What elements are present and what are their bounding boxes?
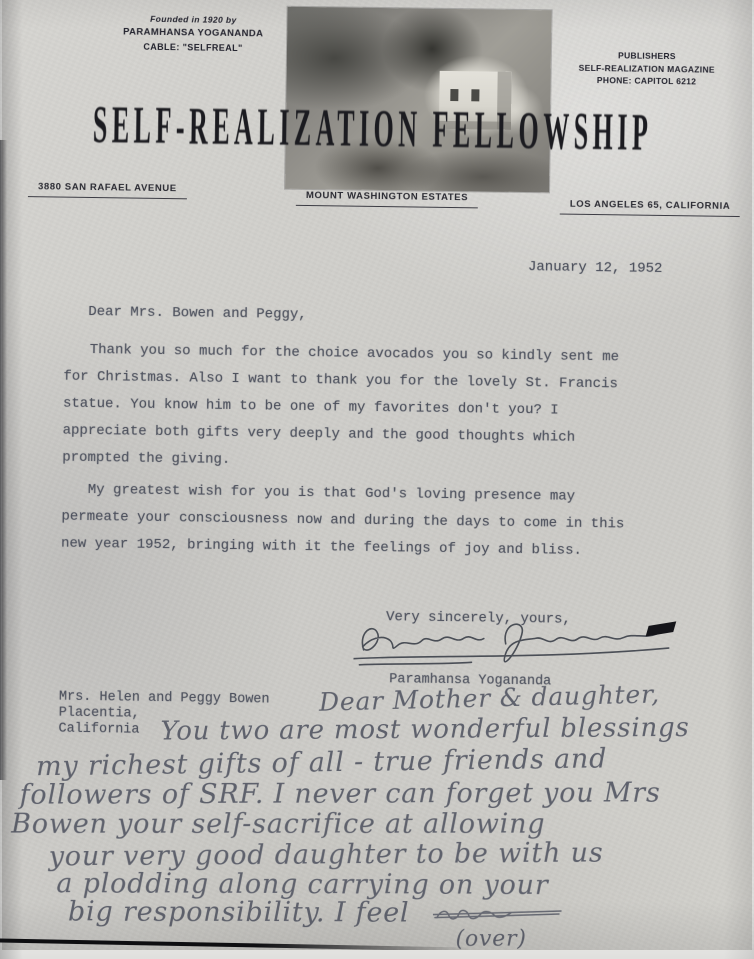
handwritten-line: followers of SRF. I never can forget you… <box>20 777 661 810</box>
paragraph-1: Thank you so much for the choice avocado… <box>62 337 619 480</box>
letter-date: January 12, 1952 <box>528 254 663 283</box>
scan-tilt-layer: Founded in 1920 by PARAMHANSA YOGANANDA … <box>0 0 754 959</box>
organization-title: SELF-REALIZATION FELLOWSHIP <box>92 95 652 164</box>
signature-handwritten <box>353 612 684 687</box>
handwritten-line: big responsibility. I feel <box>68 896 563 929</box>
address-street: 3880 SAN RAFAEL AVENUE <box>28 181 187 199</box>
handwritten-line: Dear Mother & daughter, <box>319 679 660 716</box>
cable-line: CABLE: "SELFREAL" <box>98 39 288 56</box>
phone-line: PHONE: CAPITOL 6212 <box>542 73 752 88</box>
founder-name: PARAMHANSA YOGANANDA <box>98 25 288 42</box>
handwritten-line: You two are most wonderful blessings <box>160 713 689 747</box>
address-city: LOS ANGELES 65, CALIFORNIA <box>560 199 741 218</box>
handwritten-line: Bowen your self-sacrifice at allowing <box>11 809 545 840</box>
signature-flourish <box>353 612 684 687</box>
paragraph-2: My greatest wish for you is that God's l… <box>61 477 625 566</box>
salutation: Dear Mrs. Bowen and Peggy, <box>88 299 307 329</box>
letterhead-left-block: Founded in 1920 by PARAMHANSA YOGANANDA … <box>98 12 289 56</box>
handwritten-line: my richest gifts of all - true friends a… <box>36 743 608 782</box>
scanner-bed-strip <box>0 950 754 959</box>
letterhead-right-block: PUBLISHERS SELF-REALIZATION MAGAZINE PHO… <box>542 48 753 88</box>
address-estates: MOUNT WASHINGTON ESTATES <box>296 190 478 209</box>
scanned-letter-page: Founded in 1920 by PARAMHANSA YOGANANDA … <box>0 0 754 959</box>
handwritten-line-text: big responsibility. I feel <box>68 896 410 928</box>
crossed-out-word <box>433 903 563 925</box>
handwritten-line: your very good daughter to be with us <box>49 837 604 872</box>
